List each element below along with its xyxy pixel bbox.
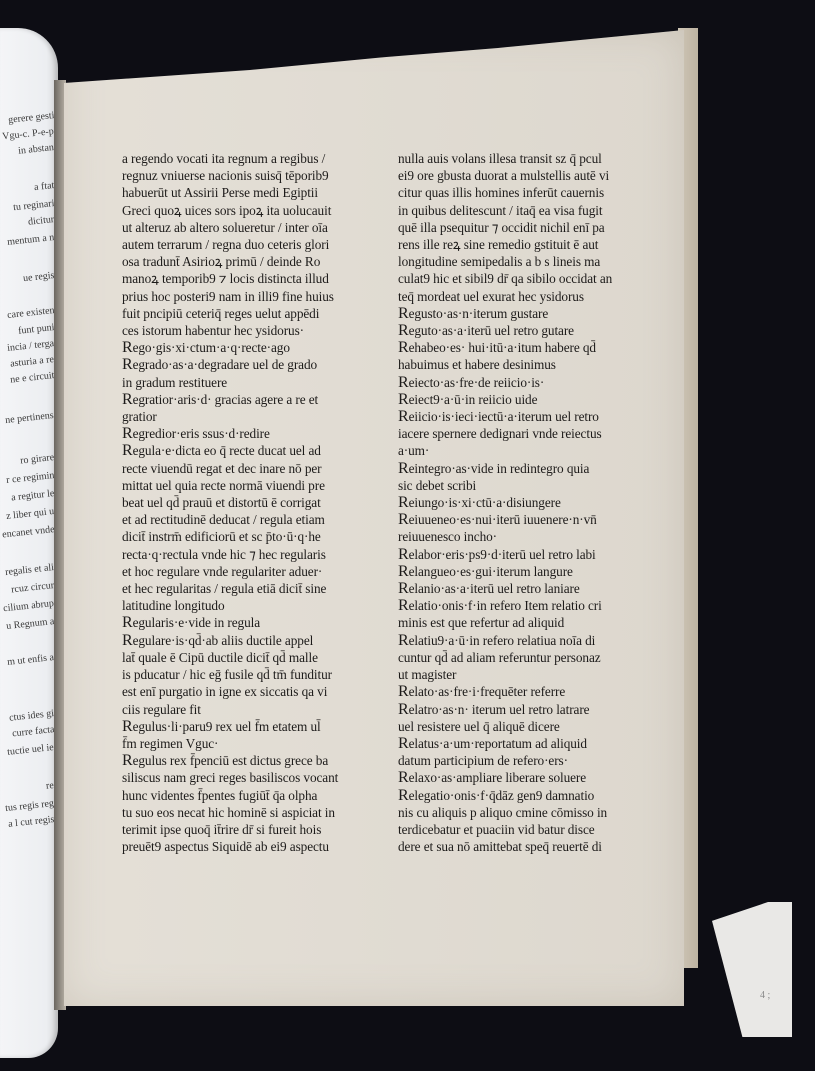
text-line: regnuz vniuerse nacionis suisq̄ tēporib9 <box>122 167 387 184</box>
text-line: Relegatio·onis·f·q̄dāz gen9 damnatio <box>398 787 683 804</box>
text-line: nis cu aliquis p aliquo cmine cōmisso in <box>398 804 683 821</box>
text-line: Regularis·e·vide in regula <box>122 614 387 631</box>
text-line: uel resistere uel q̄ aliquē dicere <box>398 718 683 735</box>
text-line: Relanio·as·a·iterū uel retro laniare <box>398 580 683 597</box>
facing-page-text-fragment: ne pertinens <box>5 410 54 426</box>
text-line: recta·q·rectula vnde hic ⁊ hec regularis <box>122 546 387 563</box>
facing-page-text-fragment: ro girare <box>19 452 54 467</box>
facing-page-text-fragment: asturia a re <box>10 354 55 370</box>
text-line: nulla auis volans illesa transit sz q̄ p… <box>398 150 683 167</box>
text-line: hunc videntes f̄pentes fugiūt̄ q̄a olpha <box>122 787 387 804</box>
text-line: ces istorum habentur hec ysidorus· <box>122 322 387 339</box>
pencil-mark: 4 ; <box>760 990 770 1001</box>
text-line: Greci quoꝝ uices sors ipoꝝ ita uolucauit <box>122 202 387 219</box>
text-line: Reiicio·is·ieci·iectū·a·iterum uel retro <box>398 408 683 425</box>
text-line: beat uel qd̄ prauū et distortū ē corriga… <box>122 494 387 511</box>
facing-page-text-fragment: tu reginari <box>12 198 54 213</box>
facing-page-text-fragment: a regitur le <box>10 488 54 503</box>
text-line: Relatro·as·n· iterum uel retro latrare <box>398 701 683 718</box>
text-line: Regulus·li·paru9 rex uel f̄m etatem ul̄ <box>122 718 387 735</box>
text-line: datum participium de refero·ers· <box>398 752 683 769</box>
text-line: Regredior·eris ssus·d·redire <box>122 425 387 442</box>
folded-page-corner <box>712 902 792 1037</box>
text-line: Relaxo·as·ampliare liberare soluere <box>398 769 683 786</box>
text-line: Relangueo·es·gui·iterum langure <box>398 563 683 580</box>
text-column-right: nulla auis volans illesa transit sz q̄ p… <box>398 150 683 855</box>
text-line: minis est que refertur ad aliquid <box>398 614 683 631</box>
facing-page-text-fragment: curre facta <box>11 724 54 739</box>
text-line: Rego·gis·xi·ctum·a·q·recte·ago <box>122 339 387 356</box>
text-line: quē illa psequitur ⁊ occidit nichil enī … <box>398 219 683 236</box>
facing-page-text-fragment: a ftat <box>33 180 54 193</box>
text-line: Regratior·aris·d· gracias agere a re et <box>122 391 387 408</box>
text-line: a regendo vocati ita regnum a regibus / <box>122 150 387 167</box>
text-line: reiuuenesco incho· <box>398 528 683 545</box>
facing-page-text-fragment: incia / terga <box>7 338 55 354</box>
text-line: ut alteruz ab altero solueretur / inter … <box>122 219 387 236</box>
text-line: et hec regularitas / regula etiā dicit̄ … <box>122 580 387 597</box>
text-line: terimit ipse quoq̄ it̄rire dr̄ si fureit… <box>122 821 387 838</box>
facing-page-text-fragment: encanet vnde <box>1 524 54 540</box>
facing-page-text-fragment: a l cut regis <box>7 814 54 830</box>
text-line: Reiungo·is·xi·ctū·a·disiungere <box>398 494 683 511</box>
text-column-left: a regendo vocati ita regnum a regibus /r… <box>122 150 387 855</box>
facing-page-text-fragment: tuctie uel ie <box>7 742 55 758</box>
photo-background: gerere gestiVgu-c. P-e-pin abstana ftatt… <box>0 0 815 1071</box>
text-line: Relatiu9·a·ū·in refero relatiua noīa di <box>398 632 683 649</box>
text-line: culat9 hic et sibil9 dr̄ qa sibilo occid… <box>398 270 683 287</box>
text-line: rens ille reꝝ sine remedio gstituit ē au… <box>398 236 683 253</box>
text-line: ei9 ore gbusta duorat a mulstellis autē … <box>398 167 683 184</box>
text-line: a·um· <box>398 442 683 459</box>
facing-page-left: gerere gestiVgu-c. P-e-pin abstana ftatt… <box>0 28 58 1058</box>
text-line: recte viuendū regat et dec inare nō per <box>122 460 387 477</box>
text-line: et ad rectitudinē deducat / regula etiam <box>122 511 387 528</box>
text-line: habuimus et habere desinimus <box>398 356 683 373</box>
facing-page-text-fragment: ctus ides gi <box>9 708 55 724</box>
text-line: is pducatur / hic eḡ fusile qd̄ tm̄ fund… <box>122 666 387 683</box>
text-line: terdicebatur et puaciin vid batur disce <box>398 821 683 838</box>
text-line: citur quas illis homines inferūt cauerni… <box>398 184 683 201</box>
facing-page-text-fragment: Vgu-c. P-e-p <box>2 126 55 142</box>
text-line: dicit̄ instrm̄ edificiorū et sc p̄to·ū·q… <box>122 528 387 545</box>
text-line: cuntur qd̄ ad aliam referuntur personaz <box>398 649 683 666</box>
text-line: Regrado·as·a·degradare uel de grado <box>122 356 387 373</box>
text-line: dere et sua nō amittebat speq̄ reuertē d… <box>398 838 683 855</box>
text-line: Regulus rex f̄penciū est dictus grece ba <box>122 752 387 769</box>
text-line: latitudine longitudo <box>122 597 387 614</box>
text-line: Regula·e·dicta eo q̄ recte ducat uel ad <box>122 442 387 459</box>
text-line: habuerūt ut Assirii Perse medi Egiptii <box>122 184 387 201</box>
text-line: Reiecto·as·fre·de reiicio·is· <box>398 374 683 391</box>
facing-page-text-fragment: ue regis <box>22 270 54 284</box>
facing-page-text-fragment: rcuz circur <box>11 580 55 595</box>
text-line: in quibus delitescunt / itaq̄ ea visa fu… <box>398 202 683 219</box>
facing-page-text-fragment: regalis et ali <box>5 562 55 578</box>
text-line: Regusto·as·n·iterum gustare <box>398 305 683 322</box>
facing-page-text-fragment: cilium abrup <box>3 598 55 614</box>
text-line: f̄m regimen Vguc· <box>122 735 387 752</box>
text-line: Relatio·onis·f·in refero Item relatio cr… <box>398 597 683 614</box>
text-line: lat̄ quale ē Cipū ductile dicit̄ qd̄ mal… <box>122 649 387 666</box>
text-line: manoꝝ temporib9 ⁊ locis distincta illud <box>122 270 387 287</box>
facing-page-text-fragment: tus regis reg <box>5 798 55 814</box>
text-line: Relatus·a·um·reportatum ad aliquid <box>398 735 683 752</box>
text-line: autem terrarum / regna duo ceteris glori <box>122 236 387 253</box>
text-line: gratior <box>122 408 387 425</box>
text-line: longitudine semipedalis a b s lineis ma <box>398 253 683 270</box>
facing-page-text-fragment: dicitur <box>27 214 54 228</box>
facing-page-text-fragment: in abstan <box>18 142 55 157</box>
text-line: est enī purgatio in igne ex siccatis qa … <box>122 683 387 700</box>
text-line: siliscus nam greci reges basiliscos voca… <box>122 769 387 786</box>
facing-page-text-fragment: funt puni <box>17 322 54 337</box>
text-line: Regulare·is·qd̄·ab aliis ductile appel <box>122 632 387 649</box>
facing-page-text-fragment: care existen <box>6 305 54 321</box>
text-line: ciis regulare fit <box>122 701 387 718</box>
facing-page-text-fragment: mentum a n <box>6 232 54 248</box>
text-line: Relato·as·fre·i·frequēter referre <box>398 683 683 700</box>
text-line: mittat uel quia recte normā viuendi pre <box>122 477 387 494</box>
text-line: Rehabeo·es· hui·itū·a·itum habere qd̄ <box>398 339 683 356</box>
text-line: tu suo eos necat hic hominē si aspiciat … <box>122 804 387 821</box>
text-line: Reiuueneo·es·nui·iterū iuuenere·n·vn̄ <box>398 511 683 528</box>
text-line: et hoc regulare vnde regulariter aduer· <box>122 563 387 580</box>
facing-page-text-fragment: u Regnum a <box>5 616 54 632</box>
text-line: sic debet scribi <box>398 477 683 494</box>
text-line: fuit pncipiū ceteriq̄ reges uelut appēdi <box>122 305 387 322</box>
text-line: Reiect9·a·ū·in reiicio uide <box>398 391 683 408</box>
text-line: iacere spernere dedignari vnde reiectus <box>398 425 683 442</box>
text-line: osa tradunt̄ Asirioꝝ primū / deinde Ro <box>122 253 387 270</box>
text-line: Relabor·eris·ps9·d·iterū uel retro labi <box>398 546 683 563</box>
facing-page-text-fragment: m ut enfis a <box>7 652 55 668</box>
text-line: preuēt9 aspectus Siquidē ab ei9 aspectu <box>122 838 387 855</box>
facing-page-text-fragment: r ce regimin <box>5 470 54 486</box>
text-line: Reintegro·as·vide in redintegro quia <box>398 460 683 477</box>
facing-page-text-fragment: z liber qui u <box>6 506 55 522</box>
text-line: teq̄ mordeat uel exurat hec ysidorus <box>398 288 683 305</box>
text-line: in gradum restituere <box>122 374 387 391</box>
text-line: prius hoc posteri9 nam in illi9 fine hui… <box>122 288 387 305</box>
text-line: ut magister <box>398 666 683 683</box>
text-line: Reguto·as·a·iterū uel retro gutare <box>398 322 683 339</box>
facing-page-text-fragment: gerere gesti <box>7 110 54 126</box>
facing-page-text-fragment: ne e circuit <box>9 370 54 386</box>
